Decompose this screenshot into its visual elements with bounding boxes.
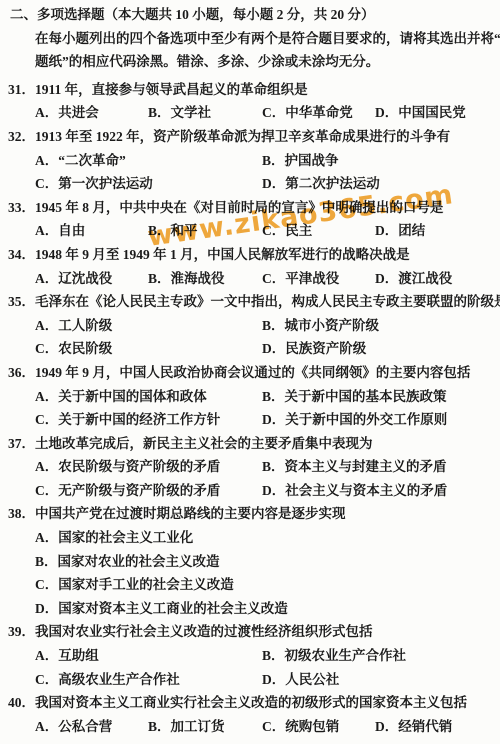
question-number: 36． [8,361,35,385]
option-text: 民主 [285,223,312,238]
option-text: 初级农业生产合作社 [285,648,407,663]
question-options: A．互助组B．初级农业生产合作社C．高级农业生产合作社D．人民公社 [35,644,492,691]
question-36: 36．1949 年 9 月，中国人民政治协商会议通过的《共同纲领》的主要内容包括… [8,361,492,432]
section-instructions: 在每小题列出的四个备选项中至少有两个是符合题目要求的，请将其选出并将“答 题纸”… [8,27,492,74]
option-C: C．无产阶级与资产阶级的矛盾 [35,479,262,503]
option-C: C．平津战役 [262,267,375,291]
option-B: B．护国战争 [262,149,492,173]
option-B: B．资本主义与封建主义的矛盾 [262,455,492,479]
option-label: B． [148,719,171,734]
option-text: 中国国民党 [398,105,466,120]
option-D: D．中国国民党 [375,101,492,125]
option-A: A．国家的社会主义工业化 [35,526,492,550]
question-text: 1948 年 9 月至 1949 年 1 月，中国人民解放军进行的战略决战是 [35,243,492,267]
question-34: 34．1948 年 9 月至 1949 年 1 月，中国人民解放军进行的战略决战… [8,243,492,290]
option-text: 公私合营 [58,719,112,734]
option-label: C． [262,271,285,286]
question-number: 39． [8,620,35,644]
option-text: 护国战争 [285,153,339,168]
option-label: C． [262,105,285,120]
option-label: D． [375,105,398,120]
question-stem: 31．1911 年，直接参与领导武昌起义的革命组织是 [8,78,492,102]
option-label: D． [262,341,285,356]
question-stem: 37．土地改革完成后，新民主主义社会的主要矛盾集中表现为 [8,432,492,456]
option-label: B． [262,389,285,404]
option-label: A． [35,389,58,404]
question-stem: 36．1949 年 9 月，中国人民政治协商会议通过的《共同纲领》的主要内容包括 [8,361,492,385]
option-text: 关于新中国的基本民族政策 [285,389,447,404]
option-text: 辽沈战役 [58,271,112,286]
option-label: D． [375,223,398,238]
question-39: 39．我国对农业实行社会主义改造的过渡性经济组织形式包括A．互助组B．初级农业生… [8,620,492,691]
exam-page: 二、多项选择题（本大题共 10 小题，每小题 2 分，共 20 分） 在每小题列… [0,0,500,744]
instructions-line-2: 题纸”的相应代码涂黑。错涂、多涂、少涂或未涂均无分。 [35,50,492,74]
question-text: 我国对农业实行社会主义改造的过渡性经济组织形式包括 [35,620,492,644]
option-A: A．互助组 [35,644,262,668]
question-text: 中国共产党在过渡时期总路线的主要内容是逐步实现 [35,502,492,526]
option-label: B． [262,459,285,474]
question-stem: 40．我国对资本主义工商业实行社会主义改造的初级形式的国家资本主义包括 [8,691,492,715]
option-text: 关于新中国的外交工作原则 [285,412,447,427]
option-text: 渡江战役 [398,271,452,286]
question-options: A．关于新中国的国体和政体B．关于新中国的基本民族政策C．关于新中国的经济工作方… [35,385,492,432]
option-label: A． [35,153,58,168]
option-text: 关于新中国的国体和政体 [58,389,207,404]
option-label: D． [375,719,398,734]
option-label: A． [35,648,58,663]
option-label: D． [262,412,285,427]
option-C: C．第一次护法运动 [35,172,262,196]
option-label: D． [375,271,398,286]
question-33: 33．1945 年 8 月，中共中央在《对目前时局的宣言》中明确提出的口号是A．… [8,196,492,243]
option-text: 国家对农业的社会主义改造 [58,554,220,569]
question-35: 35．毛泽东在《论人民民主专政》一文中指出，构成人民民主专政主要联盟的阶级是A．… [8,290,492,361]
option-C: C．高级农业生产合作社 [35,668,262,692]
option-A: A．“二次革命” [35,149,262,173]
option-text: 共进会 [58,105,99,120]
option-C: C．统购包销 [262,715,375,739]
question-options: A．工人阶级B．城市小资产阶级C．农民阶级D．民族资产阶级 [35,314,492,361]
option-D: D．经销代销 [375,715,492,739]
question-number: 34． [8,243,35,267]
option-text: 文学社 [171,105,212,120]
question-options: A．辽沈战役B．淮海战役C．平津战役D．渡江战役 [35,267,492,291]
option-text: 关于新中国的经济工作方针 [58,412,220,427]
option-text: 民族资产阶级 [285,341,366,356]
option-label: D． [262,672,285,687]
question-40: 40．我国对资本主义工商业实行社会主义改造的初级形式的国家资本主义包括A．公私合… [8,691,492,738]
option-D: D．人民公社 [262,668,492,692]
question-38: 38．中国共产党在过渡时期总路线的主要内容是逐步实现A．国家的社会主义工业化B．… [8,502,492,620]
option-text: 经销代销 [398,719,452,734]
question-options: A．国家的社会主义工业化B．国家对农业的社会主义改造C．国家对手工业的社会主义改… [35,526,492,620]
option-text: 社会主义与资本主义的矛盾 [285,483,447,498]
option-C: C．国家对手工业的社会主义改造 [35,573,492,597]
option-B: B．和平 [148,219,262,243]
question-options: A．自由B．和平C．民主D．团结 [35,219,492,243]
question-options: A．“二次革命”B．护国战争C．第一次护法运动D．第二次护法运动 [35,149,492,196]
option-text: 人民公社 [285,672,339,687]
option-label: C． [35,483,58,498]
option-A: A．共进会 [35,101,148,125]
option-B: B．初级农业生产合作社 [262,644,492,668]
section-heading: 二、多项选择题（本大题共 10 小题，每小题 2 分，共 20 分） [8,3,492,27]
option-label: D． [262,483,285,498]
option-text: 第一次护法运动 [58,176,153,191]
option-D: D．第二次护法运动 [262,172,492,196]
option-label: B． [262,648,285,663]
question-text: 土地改革完成后，新民主主义社会的主要矛盾集中表现为 [35,432,492,456]
option-label: D． [262,176,285,191]
option-text: 和平 [171,223,198,238]
question-stem: 34．1948 年 9 月至 1949 年 1 月，中国人民解放军进行的战略决战… [8,243,492,267]
option-label: B． [148,223,171,238]
option-label: C． [35,176,58,191]
option-text: 国家对手工业的社会主义改造 [58,577,234,592]
question-text: 1913 年至 1922 年，资产阶级革命派为捍卫辛亥革命成果进行的斗争有 [35,125,492,149]
option-A: A．农民阶级与资产阶级的矛盾 [35,455,262,479]
question-31: 31．1911 年，直接参与领导武昌起义的革命组织是A．共进会B．文学社C．中华… [8,78,492,125]
option-label: A． [35,459,58,474]
option-A: A．自由 [35,219,148,243]
question-text: 1949 年 9 月，中国人民政治协商会议通过的《共同纲领》的主要内容包括 [35,361,492,385]
question-number: 37． [8,432,35,456]
option-A: A．关于新中国的国体和政体 [35,385,262,409]
question-32: 32．1913 年至 1922 年，资产阶级革命派为捍卫辛亥革命成果进行的斗争有… [8,125,492,196]
question-number: 31． [8,78,35,102]
question-text: 毛泽东在《论人民民主专政》一文中指出，构成人民民主专政主要联盟的阶级是 [35,290,500,314]
option-D: D．关于新中国的外交工作原则 [262,408,492,432]
option-label: C． [35,672,58,687]
question-stem: 38．中国共产党在过渡时期总路线的主要内容是逐步实现 [8,502,492,526]
question-stem: 35．毛泽东在《论人民民主专政》一文中指出，构成人民民主专政主要联盟的阶级是 [8,290,492,314]
option-B: B．国家对农业的社会主义改造 [35,550,492,574]
option-text: 高级农业生产合作社 [58,672,180,687]
instructions-line-1: 在每小题列出的四个备选项中至少有两个是符合题目要求的，请将其选出并将“答 [35,27,492,51]
question-options: A．农民阶级与资产阶级的矛盾B．资本主义与封建主义的矛盾C．无产阶级与资产阶级的… [35,455,492,502]
question-number: 35． [8,290,35,314]
option-text: 互助组 [58,648,99,663]
option-label: B． [148,105,171,120]
option-label: B． [262,318,285,333]
option-label: D． [35,601,58,616]
question-text: 1945 年 8 月，中共中央在《对目前时局的宣言》中明确提出的口号是 [35,196,492,220]
option-B: B．城市小资产阶级 [262,314,492,338]
question-number: 32． [8,125,35,149]
option-label: B． [148,271,171,286]
option-text: 统购包销 [285,719,339,734]
option-text: 中华革命党 [285,105,353,120]
option-text: 农民阶级与资产阶级的矛盾 [58,459,220,474]
option-label: A． [35,318,58,333]
option-C: C．民主 [262,219,375,243]
option-A: A．辽沈战役 [35,267,148,291]
option-text: 资本主义与封建主义的矛盾 [285,459,447,474]
option-text: 加工订货 [171,719,225,734]
option-text: 农民阶级 [58,341,112,356]
question-options: A．共进会B．文学社C．中华革命党D．中国国民党 [35,101,492,125]
option-C: C．农民阶级 [35,337,262,361]
question-37: 37．土地改革完成后，新民主主义社会的主要矛盾集中表现为A．农民阶级与资产阶级的… [8,432,492,503]
option-label: B． [35,554,58,569]
option-text: 平津战役 [285,271,339,286]
option-C: C．中华革命党 [262,101,375,125]
option-text: “二次革命” [58,153,126,168]
option-text: 城市小资产阶级 [285,318,380,333]
option-A: A．工人阶级 [35,314,262,338]
question-text: 我国对资本主义工商业实行社会主义改造的初级形式的国家资本主义包括 [35,691,492,715]
option-label: C． [262,223,285,238]
option-text: 国家的社会主义工业化 [58,530,193,545]
option-text: 工人阶级 [58,318,112,333]
question-stem: 32．1913 年至 1922 年，资产阶级革命派为捍卫辛亥革命成果进行的斗争有 [8,125,492,149]
option-D: D．团结 [375,219,492,243]
question-number: 33． [8,196,35,220]
option-text: 无产阶级与资产阶级的矛盾 [58,483,220,498]
option-label: A． [35,223,58,238]
option-D: D．渡江战役 [375,267,492,291]
option-D: D．国家对资本主义工商业的社会主义改造 [35,597,492,621]
option-text: 国家对资本主义工商业的社会主义改造 [58,601,288,616]
option-D: D．民族资产阶级 [262,337,492,361]
option-label: A． [35,719,58,734]
question-stem: 39．我国对农业实行社会主义改造的过渡性经济组织形式包括 [8,620,492,644]
question-stem: 33．1945 年 8 月，中共中央在《对目前时局的宣言》中明确提出的口号是 [8,196,492,220]
option-D: D．社会主义与资本主义的矛盾 [262,479,492,503]
option-label: C． [35,412,58,427]
option-label: B． [262,153,285,168]
option-B: B．文学社 [148,101,262,125]
question-number: 38． [8,502,35,526]
option-A: A．公私合营 [35,715,148,739]
question-number: 40． [8,691,35,715]
option-B: B．淮海战役 [148,267,262,291]
option-label: A． [35,105,58,120]
option-label: C． [262,719,285,734]
option-text: 团结 [398,223,425,238]
option-label: C． [35,577,58,592]
option-C: C．关于新中国的经济工作方针 [35,408,262,432]
questions-list: 31．1911 年，直接参与领导武昌起义的革命组织是A．共进会B．文学社C．中华… [8,78,492,739]
option-label: A． [35,530,58,545]
option-B: B．关于新中国的基本民族政策 [262,385,492,409]
question-text: 1911 年，直接参与领导武昌起义的革命组织是 [35,78,492,102]
option-text: 自由 [58,223,85,238]
option-text: 第二次护法运动 [285,176,380,191]
option-text: 淮海战役 [171,271,225,286]
option-label: C． [35,341,58,356]
question-options: A．公私合营B．加工订货C．统购包销D．经销代销 [35,715,492,739]
option-B: B．加工订货 [148,715,262,739]
option-label: A． [35,271,58,286]
